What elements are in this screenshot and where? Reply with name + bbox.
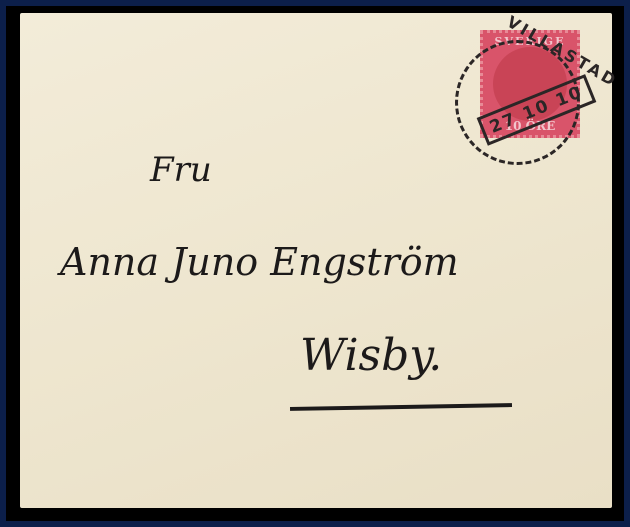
address-line-3: Wisby.: [300, 330, 442, 381]
address-line-1: Fru: [150, 150, 212, 190]
address-line-2: Anna Juno Engström: [60, 240, 459, 284]
